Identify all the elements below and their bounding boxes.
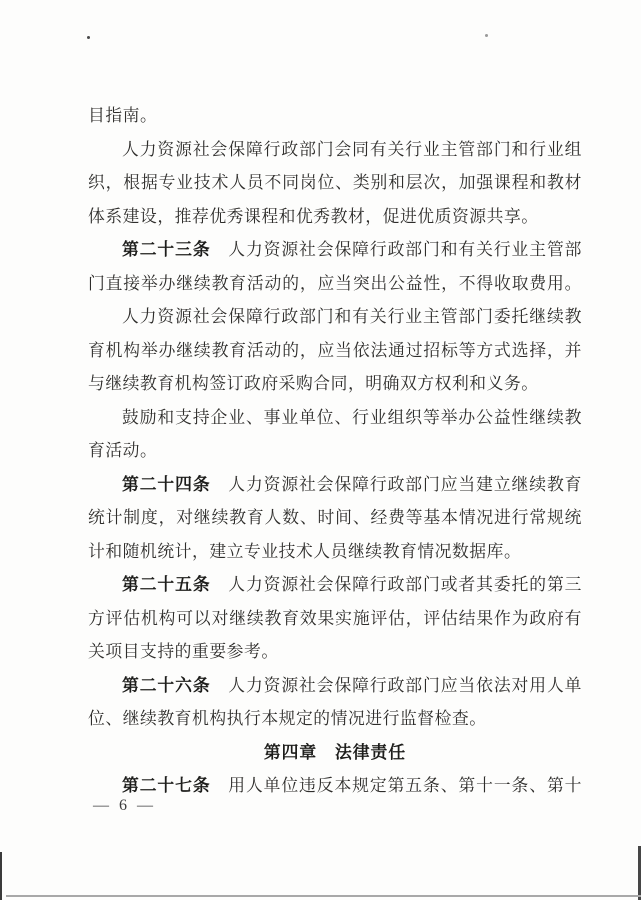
line-text: 用人单位违反本规定第五条、第十一条、第十 [211, 776, 582, 795]
article-number: 第二十六条 [122, 676, 211, 695]
article-number: 第二十三条 [122, 240, 211, 259]
text-line: 目指南。 [88, 99, 582, 133]
document-page: 目指南。人力资源社会保障行政部门会同有关行业主管部门和行业组织，根据专业技术人员… [0, 0, 641, 900]
line-text: 人力资源社会保障行政部门应当建立继续教育 [211, 475, 582, 494]
text-line: 第二十四条 人力资源社会保障行政部门应当建立继续教育 [88, 468, 582, 502]
text-line: 人力资源社会保障行政部门和有关行业主管部门委托继续教 [88, 300, 582, 334]
text-line: 门直接举办继续教育活动的，应当突出公益性，不得收取费用。 [88, 267, 582, 301]
line-text: 目指南。 [88, 106, 157, 125]
text-line: 织，根据专业技术人员不同岗位、类别和层次，加强课程和教材 [88, 166, 582, 200]
line-text: 统计制度，对继续教育人数、时间、经费等基本情况进行常规统 [88, 508, 582, 527]
text-line: 育活动。 [88, 434, 582, 468]
text-line: 体系建设，推荐优秀课程和优秀教材，促进优质资源共享。 [88, 200, 582, 234]
line-text: 计和随机统计，建立专业技术人员继续教育情况数据库。 [88, 542, 521, 561]
scan-speck [87, 36, 90, 39]
scan-edge-shadow [6, 895, 641, 897]
article-number: 第二十五条 [122, 575, 211, 594]
text-line: 鼓励和支持企业、事业单位、行业组织等举办公益性继续教 [88, 401, 582, 435]
line-text: 鼓励和支持企业、事业单位、行业组织等举办公益性继续教 [122, 408, 582, 427]
line-text: 位、继续教育机构执行本规定的情况进行监督检查。 [88, 709, 487, 728]
line-text: 与继续教育机构签订政府采购合同，明确双方权利和义务。 [88, 374, 539, 393]
scan-speck [336, 621, 338, 623]
scan-speck [485, 34, 488, 37]
line-text: 织，根据专业技术人员不同岗位、类别和层次，加强课程和教材 [88, 173, 582, 192]
text-line: 方评估机构可以对继续教育效果实施评估，评估结果作为政府有 [88, 602, 582, 636]
text-line: 统计制度，对继续教育人数、时间、经费等基本情况进行常规统 [88, 501, 582, 535]
document-text-block: 目指南。人力资源社会保障行政部门会同有关行业主管部门和行业组织，根据专业技术人员… [88, 99, 582, 803]
article-number: 第二十四条 [122, 475, 211, 494]
line-text: 人力资源社会保障行政部门应当依法对用人单 [211, 676, 582, 695]
text-line: 计和随机统计，建立专业技术人员继续教育情况数据库。 [88, 535, 582, 569]
line-text: 第四章 法律责任 [264, 743, 406, 762]
line-text: 方评估机构可以对继续教育效果实施评估，评估结果作为政府有 [88, 609, 582, 628]
line-text: 关项目支持的重要参考。 [88, 642, 279, 661]
line-text: 育机构举办继续教育活动的，应当依法通过招标等方式选择，并 [88, 341, 582, 360]
text-line: 育机构举办继续教育活动的，应当依法通过招标等方式选择，并 [88, 334, 582, 368]
text-line: 第二十五条 人力资源社会保障行政部门或者其委托的第三 [88, 568, 582, 602]
text-line: 位、继续教育机构执行本规定的情况进行监督检查。 [88, 702, 582, 736]
text-line: 第二十六条 人力资源社会保障行政部门应当依法对用人单 [88, 669, 582, 703]
text-line: 关项目支持的重要参考。 [88, 635, 582, 669]
line-text: 人力资源社会保障行政部门和有关行业主管部门委托继续教 [122, 307, 582, 326]
text-line: 与继续教育机构签订政府采购合同，明确双方权利和义务。 [88, 367, 582, 401]
line-text: 育活动。 [88, 441, 157, 460]
scan-edge-shadow [0, 852, 2, 900]
chapter-heading: 第四章 法律责任 [88, 736, 582, 770]
line-text: 人力资源社会保障行政部门会同有关行业主管部门和行业组 [122, 140, 582, 159]
line-text: 人力资源社会保障行政部门或者其委托的第三 [211, 575, 582, 594]
line-text: 体系建设，推荐优秀课程和优秀教材，促进优质资源共享。 [88, 207, 539, 226]
line-text: 人力资源社会保障行政部门和有关行业主管部 [211, 240, 582, 259]
line-text: 门直接举办继续教育活动的，应当突出公益性，不得收取费用。 [88, 274, 582, 293]
text-line: 第二十三条 人力资源社会保障行政部门和有关行业主管部 [88, 233, 582, 267]
page-number: — 6 — [93, 798, 156, 814]
text-line: 第二十七条 用人单位违反本规定第五条、第十一条、第十 [88, 769, 582, 803]
scan-speck [249, 484, 251, 486]
article-number: 第二十七条 [122, 776, 211, 795]
text-line: 人力资源社会保障行政部门会同有关行业主管部门和行业组 [88, 133, 582, 167]
